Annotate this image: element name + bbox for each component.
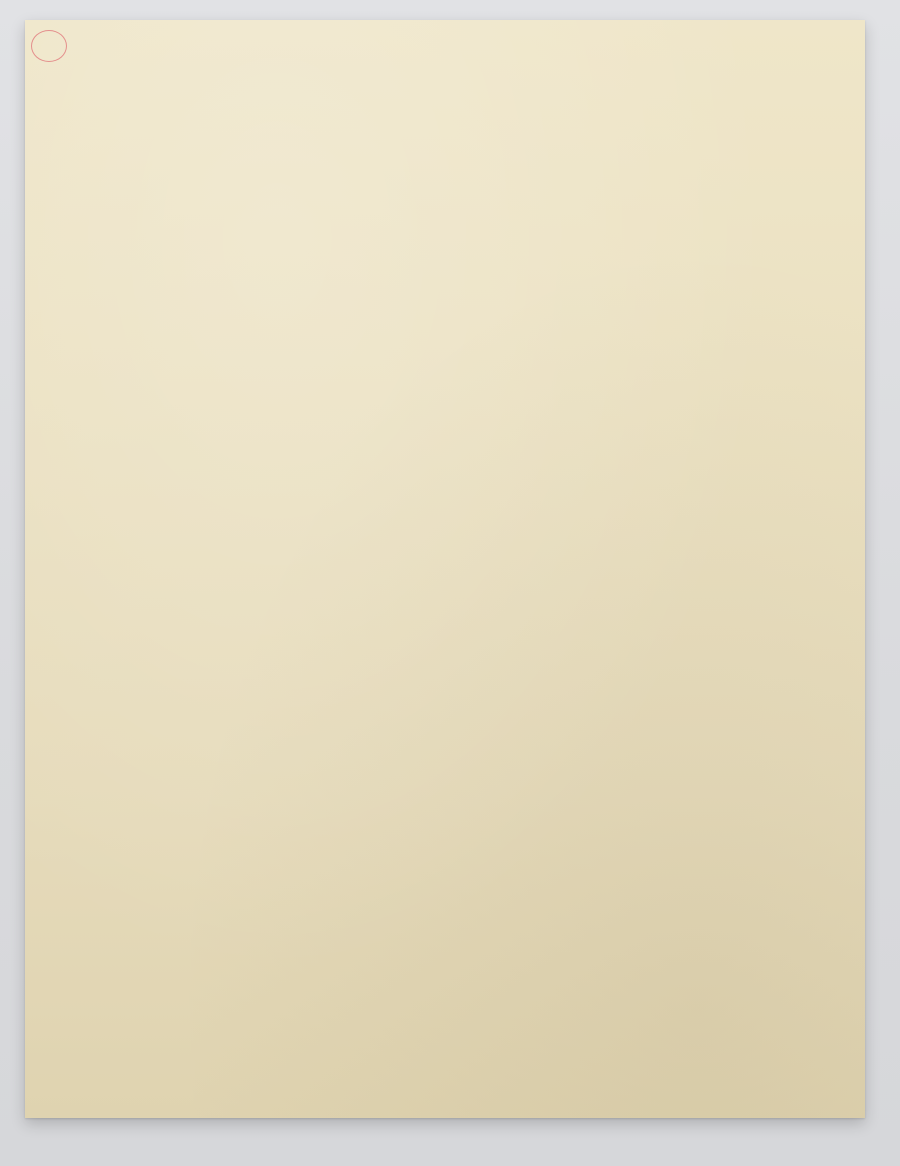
manuscript-page xyxy=(25,20,865,1118)
section-marker-h1 xyxy=(31,30,67,62)
